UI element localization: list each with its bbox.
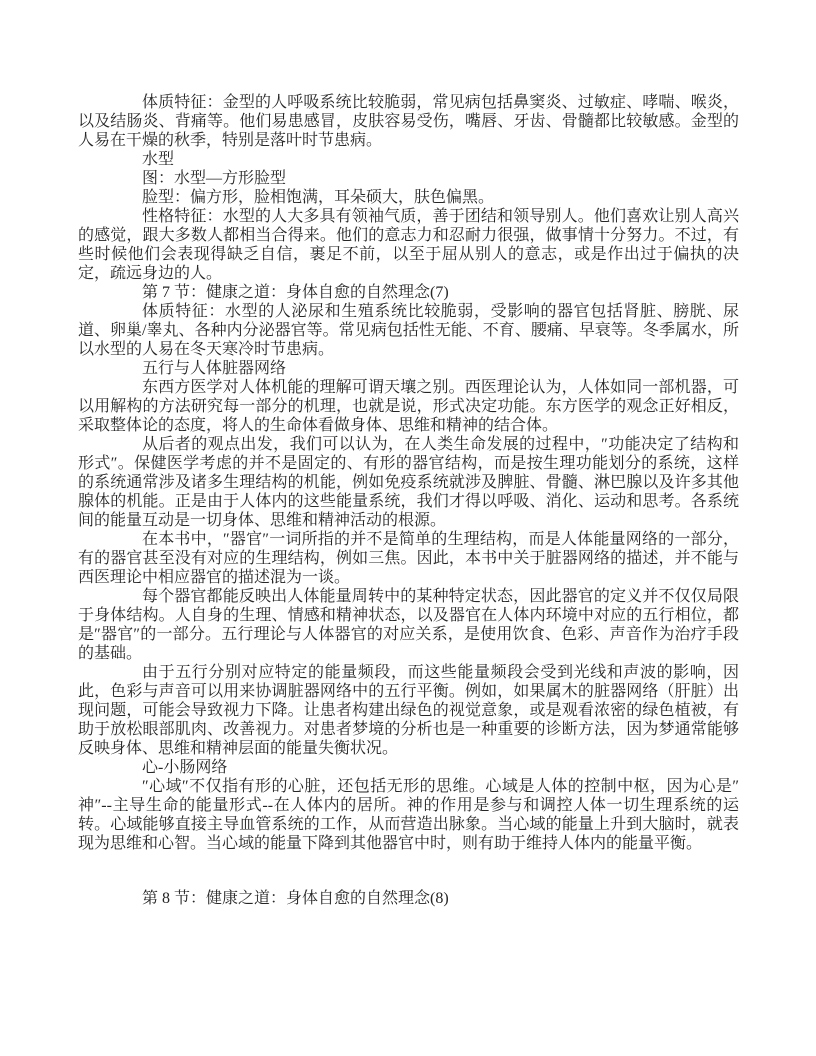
section-8-heading: 第 8 节：健康之道：身体自愈的自然理念(8) (78, 889, 739, 908)
face-shape-line: 脸型：偏方形，脸相饱满，耳朵硕大，肤色偏黑。 (78, 188, 739, 207)
section-7-heading: 第 7 节：健康之道：身体自愈的自然理念(7) (78, 283, 739, 302)
paragraph-organ-definition: 在本书中，″器官″一词所指的并不是简单的生理结构，而是人体能量网络的一部分，有的… (78, 530, 739, 587)
heart-network-subhead: 心-小肠网络 (78, 758, 739, 777)
water-type-label: 水型 (78, 150, 739, 169)
document-page: 体质特征：金型的人呼吸系统比较脆弱，常见病包括鼻窦炎、过敏症、哮喘、喉炎，以及结… (0, 0, 816, 1056)
paragraph-metal-constitution: 体质特征：金型的人呼吸系统比较脆弱，常见病包括鼻窦炎、过敏症、哮喘、喉炎，以及结… (78, 93, 739, 150)
paragraph-water-constitution: 体质特征：水型的人泌尿和生殖系统比较脆弱，受影响的器官包括肾脏、膀胱、尿道、卵巢… (78, 302, 739, 359)
paragraph-heart-domain: ″心域″不仅指有形的心脏，还包括无形的思维。心域是人体的控制中枢，因为心是″神″… (78, 777, 739, 853)
figure-caption-line: 图：水型—方形脸型 (78, 169, 739, 188)
paragraph-organ-energy-state: 每个器官都能反映出人体能量周转中的某种特定状态，因此器官的定义并不仅仅局限于身体… (78, 587, 739, 663)
text-column: 体质特征：金型的人呼吸系统比较脆弱，常见病包括鼻窦炎、过敏症、哮喘、喉炎，以及结… (78, 93, 739, 908)
paragraph-east-west-medicine: 东西方医学对人体机能的理解可谓天壤之别。西医理论认为，人体如同一部机器，可以用解… (78, 378, 739, 435)
paragraph-water-personality: 性格特征：水型的人大多具有领袖气质，善于团结和领导别人。他们喜欢让别人高兴的感觉… (78, 207, 739, 283)
five-elements-subhead: 五行与人体脏器网络 (78, 359, 739, 378)
paragraph-color-sound-therapy: 由于五行分别对应特定的能量频段，而这些能量频段会受到光线和声波的影响，因此，色彩… (78, 663, 739, 758)
paragraph-function-structure: 从后者的观点出发，我们可以认为，在人类生命发展的过程中，″功能决定了结构和形式″… (78, 435, 739, 530)
